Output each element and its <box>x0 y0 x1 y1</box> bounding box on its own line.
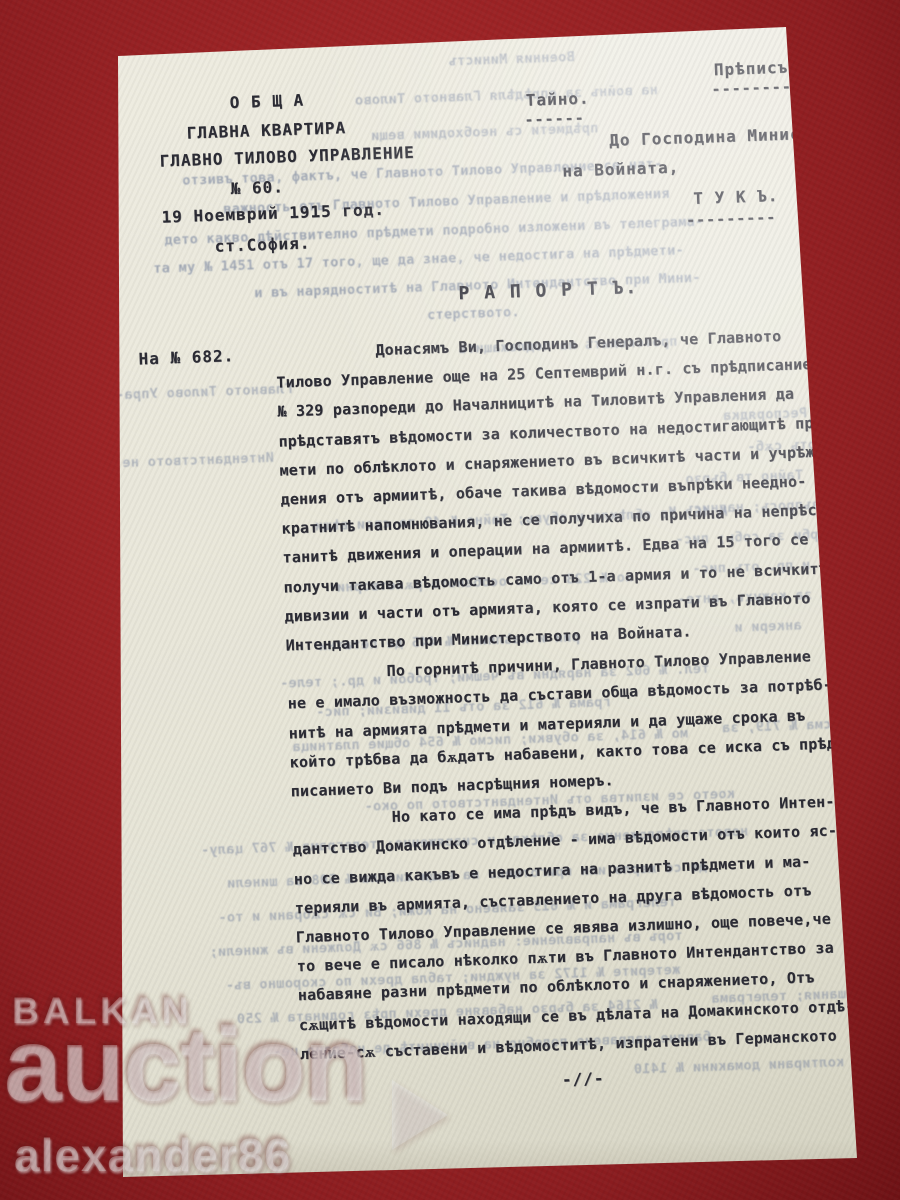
watermark-auction: auction <box>4 1006 367 1125</box>
header-doc-number: № 60. <box>230 177 284 198</box>
paragraph: По горнитѣ причини, Главното Тилово Упра… <box>286 641 851 806</box>
document-body: Донасямъ Ви, Господинъ Генералъ, че Глав… <box>275 320 860 1069</box>
addressee-line2: на Войната, <box>562 157 680 180</box>
classification-label: Тайно. <box>525 89 589 110</box>
bleedthrough-fragment: колтирани домакини № 1410 <box>633 1054 844 1077</box>
header-org-line2: ГЛАВНА КВАРТИРА <box>186 118 346 143</box>
paragraph: Но като се има прѣдъ видъ, че въ Главнот… <box>291 787 860 1069</box>
header-date: 19 Ноемврий 1915 год. <box>161 200 385 227</box>
bleedthrough-fragment: стерството. <box>427 304 520 323</box>
header-org-line1: О Б Щ А <box>229 91 304 113</box>
photo-background: Военния Министъна войнъ за опрѣдѣля Глав… <box>0 0 900 1200</box>
bleedthrough-fragment: Военния Министъ <box>448 49 575 69</box>
bleedthrough-layer: Военния Министъна войнъ за опрѣдѣля Глав… <box>118 33 818 57</box>
reference-number: На № 682. <box>138 346 234 368</box>
paragraph: Донасямъ Ви, Господинъ Генералъ, че Глав… <box>275 320 846 661</box>
end-mark: -//- <box>562 1069 605 1089</box>
watermark-seller: alexander86 <box>14 1128 291 1182</box>
addressee-underline: --------- <box>686 208 777 229</box>
addressee-line3: Т У К Ъ. <box>693 186 779 208</box>
copy-note-underline: --------- <box>711 77 802 98</box>
play-arrow-icon <box>392 1080 448 1150</box>
document-content: Военния Министъна войнъ за опрѣдѣля Глав… <box>118 33 857 1177</box>
copy-note-label: Прѣписъ. <box>713 57 799 79</box>
classification-underline: ------ <box>524 109 585 129</box>
addressee-line1: До Господина Министра <box>609 123 833 150</box>
bleedthrough-fragment: Главното Тилово Упра- <box>116 381 293 403</box>
header-place: ст.София. <box>214 233 310 255</box>
bleedthrough-fragment: Интендантството не <box>122 450 274 471</box>
bleedthrough-fragment: на войнъ за опрѣдѣля Главното Тилово <box>354 82 658 109</box>
